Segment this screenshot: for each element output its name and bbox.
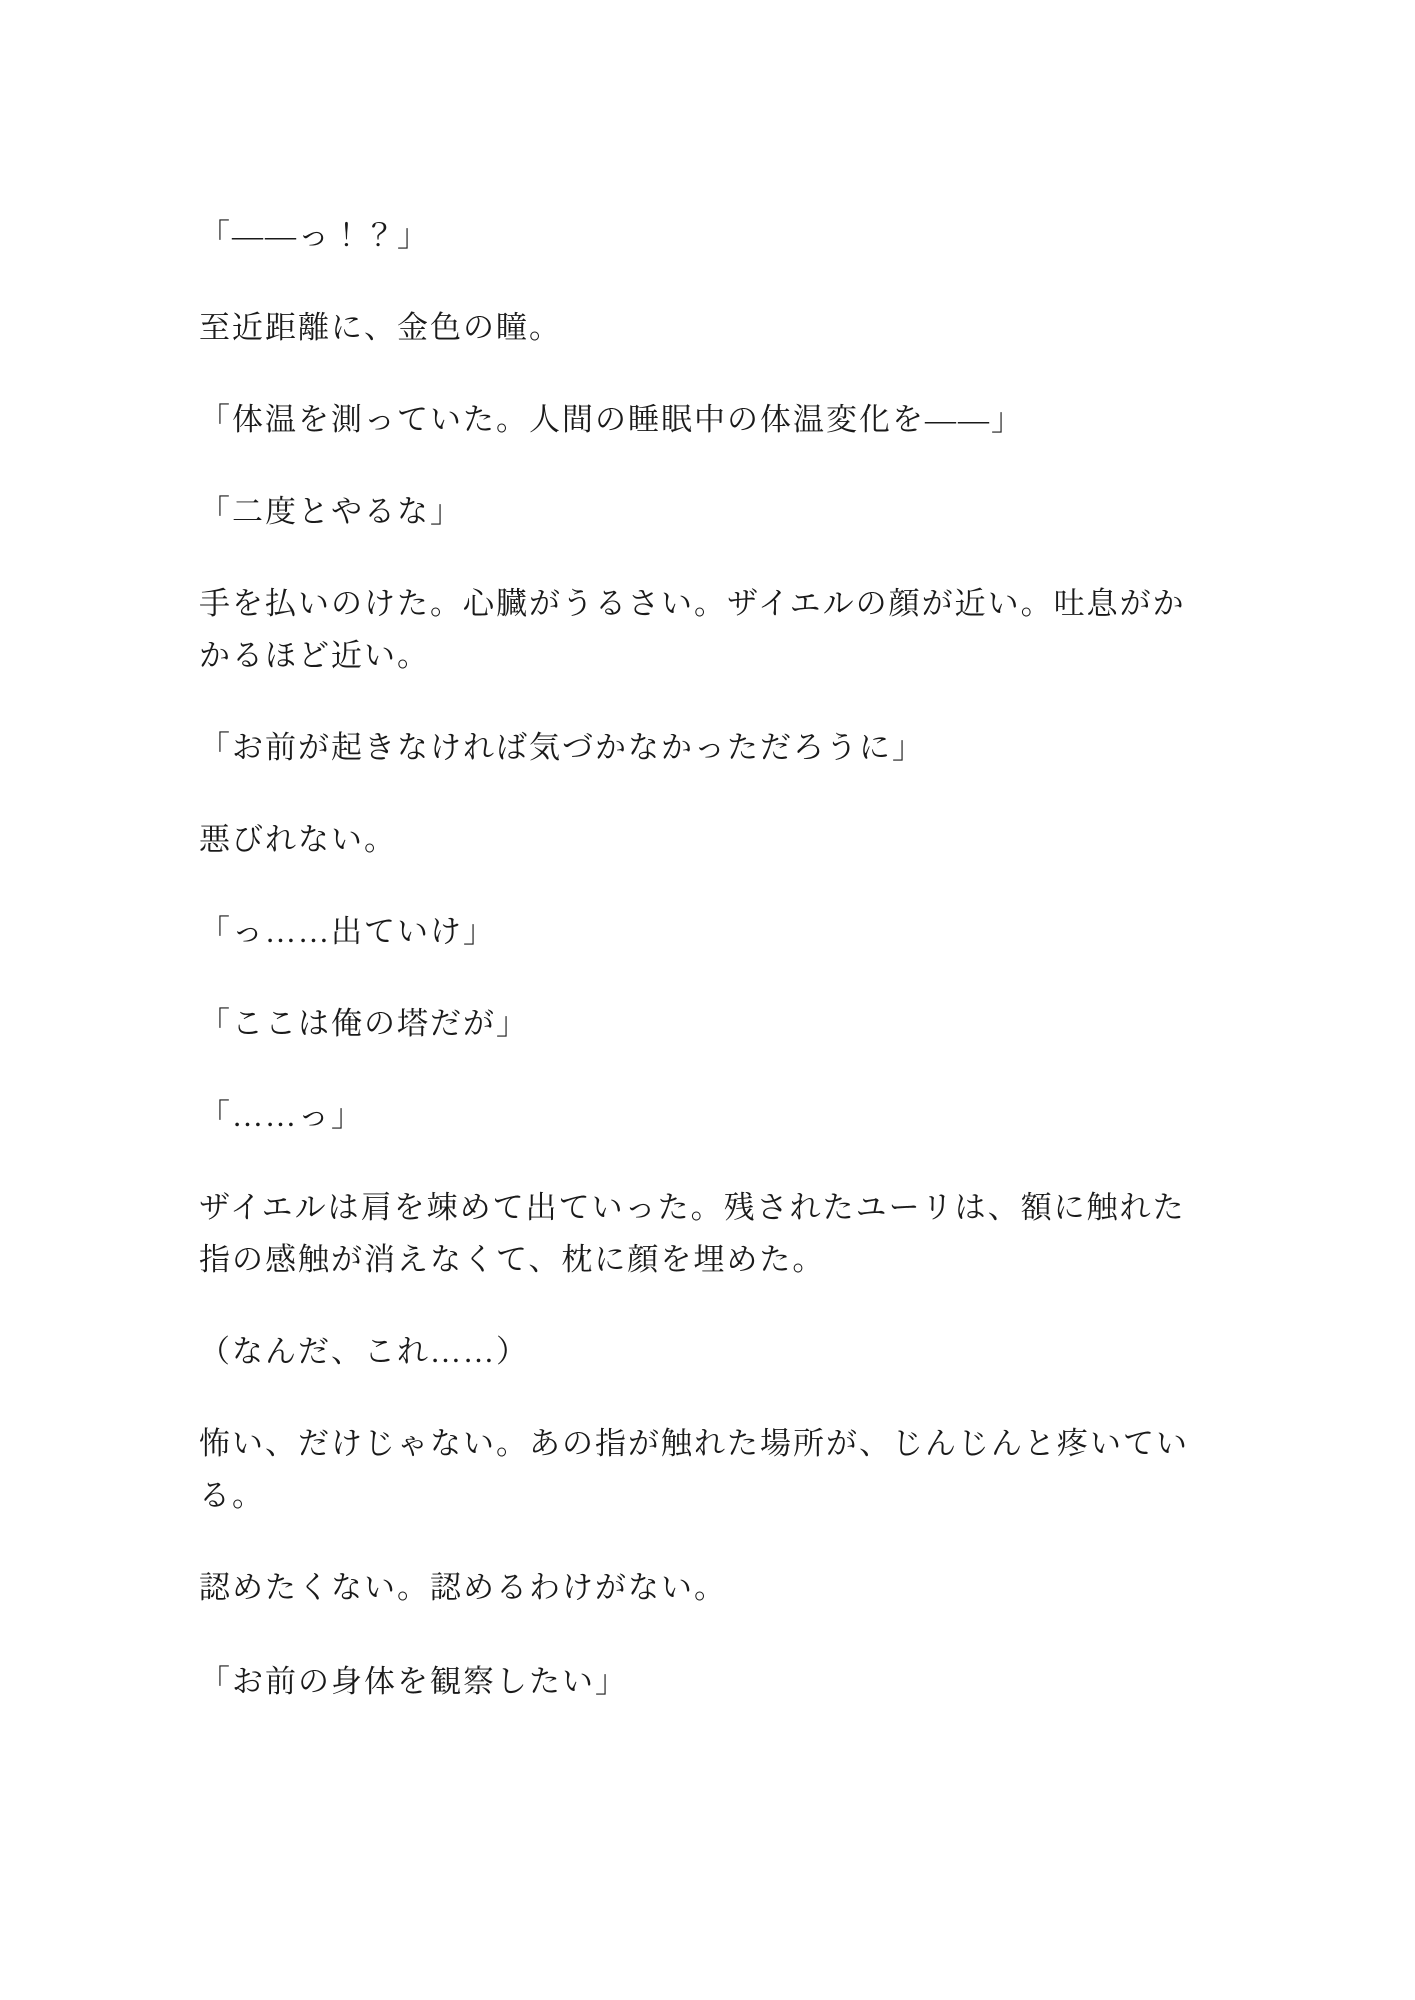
narration-paragraph: 悪びれない。 bbox=[199, 814, 1375, 866]
text-line: 認めたくない。認めるわけがない。 bbox=[199, 1562, 1375, 1614]
text-line: 悪びれない。 bbox=[199, 814, 1375, 866]
text-line: 「――っ！？」 bbox=[199, 210, 1375, 262]
text-line: 至近距離に、金色の瞳。 bbox=[199, 302, 1375, 354]
narration-paragraph: 怖い、だけじゃない。あの指が触れた場所が、じんじんと疼いてい る。 bbox=[199, 1418, 1375, 1522]
dialogue-paragraph: 「……っ」 bbox=[199, 1090, 1375, 1142]
novel-page: 「――っ！？」 至近距離に、金色の瞳。 「体温を測っていた。人間の睡眠中の体温変… bbox=[0, 0, 1415, 1708]
text-line: かるほど近い。 bbox=[199, 630, 1375, 682]
dialogue-paragraph: 「――っ！？」 bbox=[199, 210, 1375, 262]
narration-paragraph: 至近距離に、金色の瞳。 bbox=[199, 302, 1375, 354]
dialogue-paragraph: 「二度とやるな」 bbox=[199, 486, 1375, 538]
text-line: 「二度とやるな」 bbox=[199, 486, 1375, 538]
narration-paragraph: 手を払いのけた。心臓がうるさい。ザイエルの顔が近い。吐息がか かるほど近い。 bbox=[199, 578, 1375, 682]
dialogue-paragraph: 「お前の身体を観察したい」 bbox=[199, 1656, 1375, 1708]
dialogue-paragraph: 「お前が起きなければ気づかなかっただろうに」 bbox=[199, 722, 1375, 774]
narration-paragraph: 認めたくない。認めるわけがない。 bbox=[199, 1562, 1375, 1614]
text-line: 「っ……出ていけ」 bbox=[199, 906, 1375, 958]
text-line: ザイエルは肩を竦めて出ていった。残されたユーリは、額に触れた bbox=[199, 1182, 1375, 1234]
text-line: る。 bbox=[199, 1470, 1375, 1522]
text-line: 「お前の身体を観察したい」 bbox=[199, 1656, 1375, 1708]
dialogue-paragraph: 「体温を測っていた。人間の睡眠中の体温変化を――」 bbox=[199, 394, 1375, 446]
text-line: 「ここは俺の塔だが」 bbox=[199, 998, 1375, 1050]
text-line: 指の感触が消えなくて、枕に顔を埋めた。 bbox=[199, 1234, 1375, 1286]
text-line: 「お前が起きなければ気づかなかっただろうに」 bbox=[199, 722, 1375, 774]
text-line: （なんだ、これ……） bbox=[199, 1326, 1375, 1378]
text-line: 怖い、だけじゃない。あの指が触れた場所が、じんじんと疼いてい bbox=[199, 1418, 1375, 1470]
narration-paragraph: ザイエルは肩を竦めて出ていった。残されたユーリは、額に触れた 指の感触が消えなく… bbox=[199, 1182, 1375, 1286]
dialogue-paragraph: 「っ……出ていけ」 bbox=[199, 906, 1375, 958]
text-line: 手を払いのけた。心臓がうるさい。ザイエルの顔が近い。吐息がか bbox=[199, 578, 1375, 630]
text-line: 「体温を測っていた。人間の睡眠中の体温変化を――」 bbox=[199, 394, 1375, 446]
text-line: 「……っ」 bbox=[199, 1090, 1375, 1142]
thought-paragraph: （なんだ、これ……） bbox=[199, 1326, 1375, 1378]
dialogue-paragraph: 「ここは俺の塔だが」 bbox=[199, 998, 1375, 1050]
